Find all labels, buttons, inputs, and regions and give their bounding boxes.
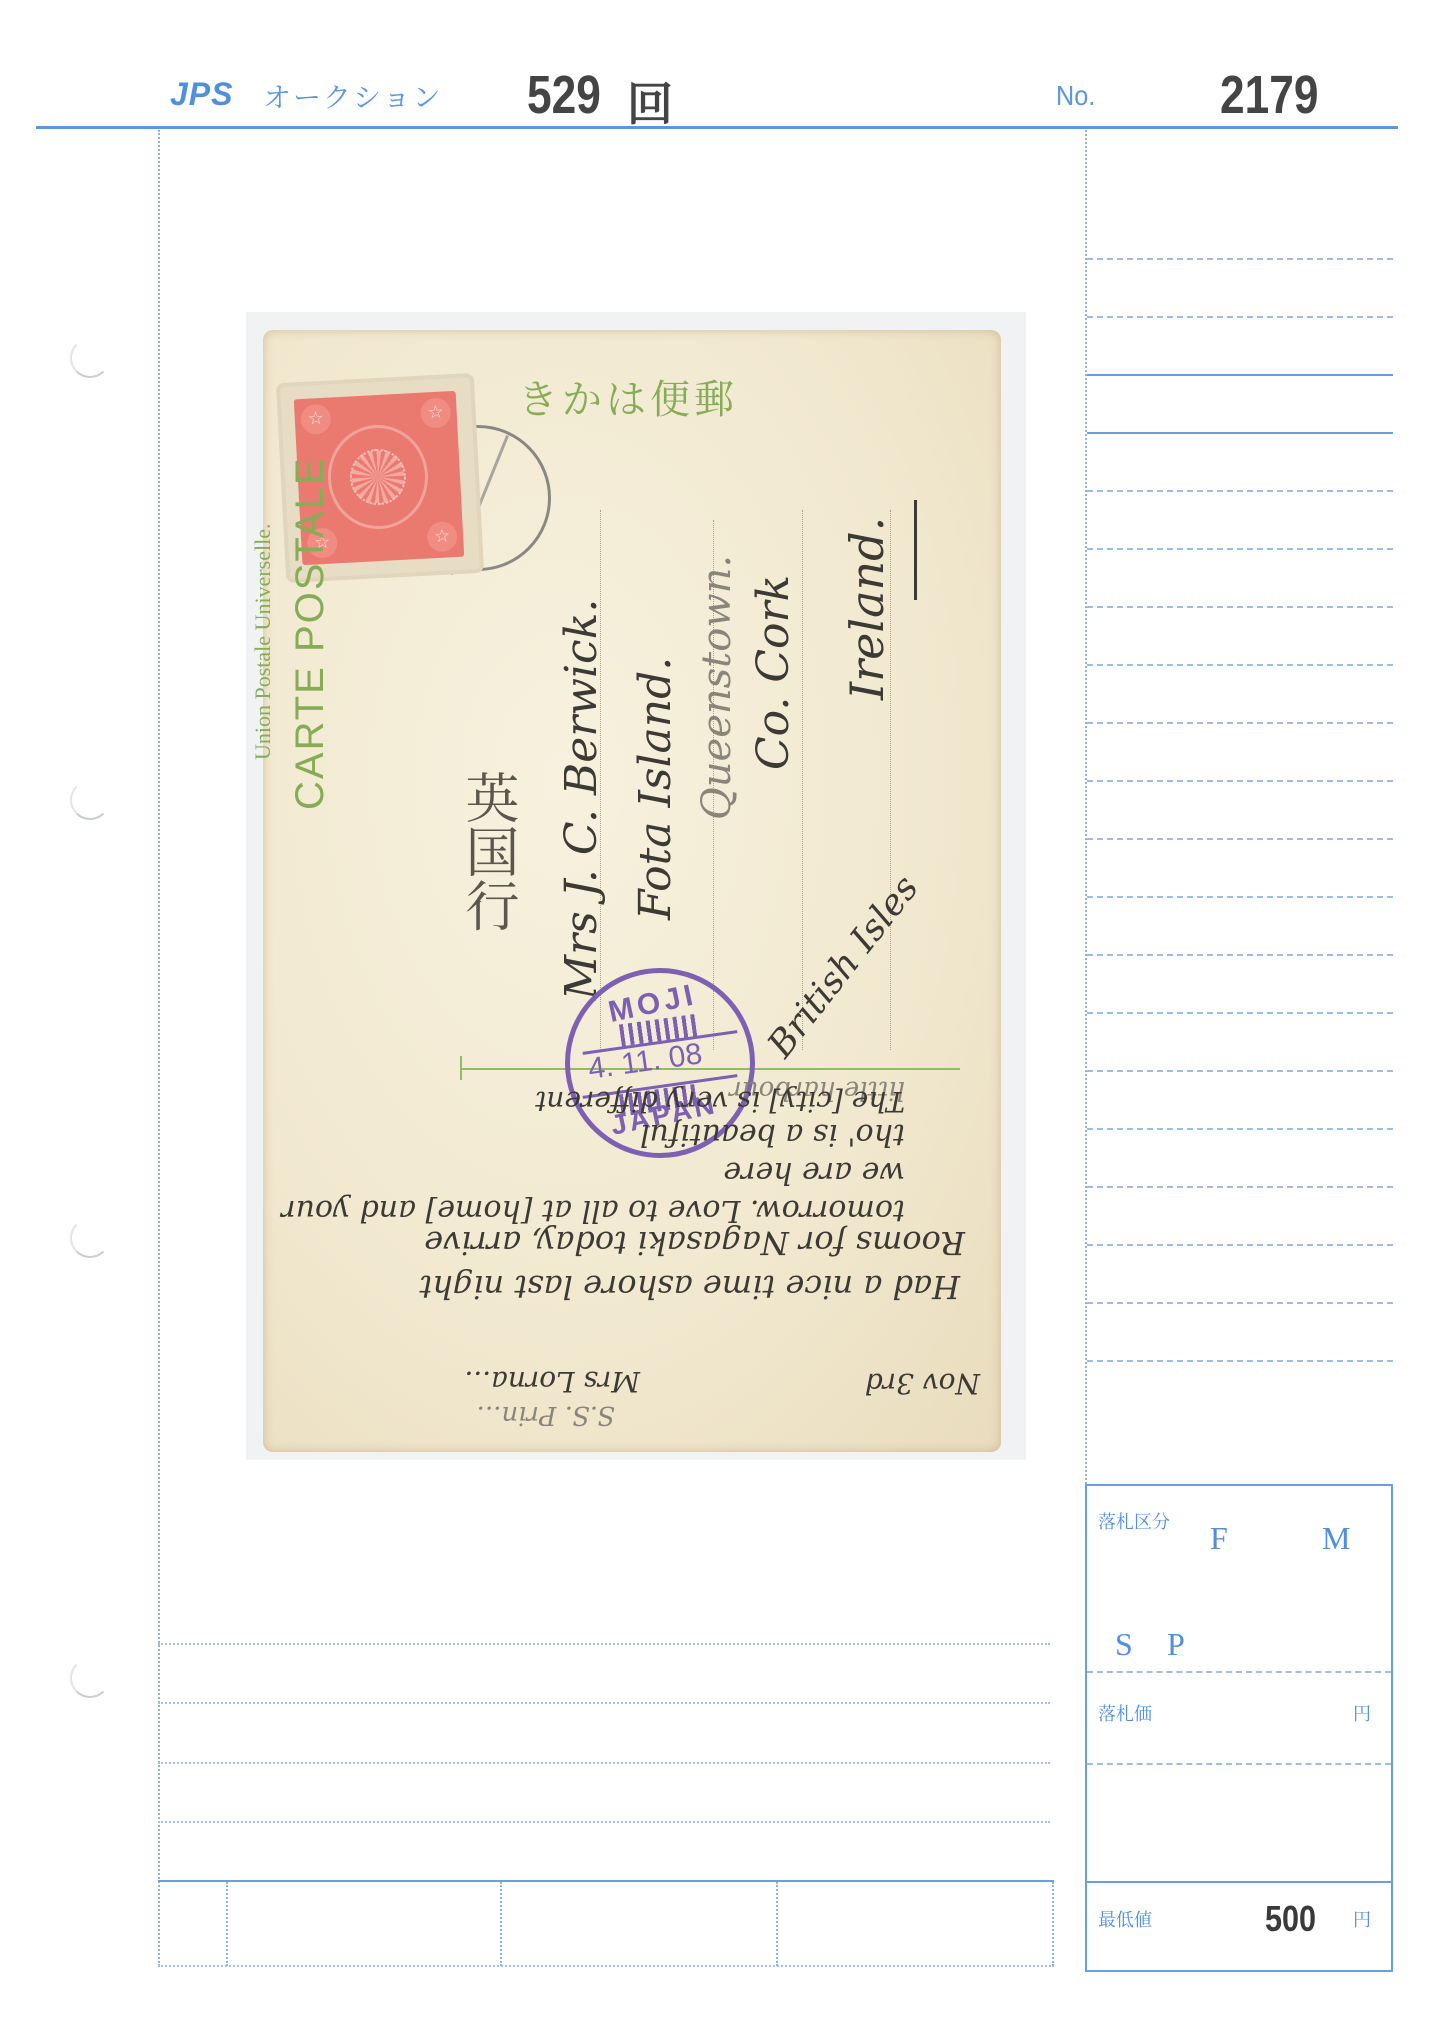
table-col-divider <box>500 1882 502 1966</box>
min-price-value: 500 <box>1265 1898 1316 1940</box>
brand-logo: JPS <box>170 76 233 113</box>
grade-s[interactable]: S <box>1115 1626 1133 1663</box>
ruled-line <box>1087 490 1393 492</box>
ruled-line <box>1087 1302 1393 1304</box>
japanese-handwriting: 英国行 <box>450 770 527 932</box>
message-divider-tick <box>460 1056 462 1080</box>
stamp-corner-ornament: ☆ <box>300 403 332 435</box>
address-line-3: Queenstown. <box>694 555 740 820</box>
right-column-guide <box>1085 130 1087 1484</box>
message-line: tomorrow. Love to all at [home] and your <box>281 1193 905 1228</box>
ruled-line <box>1087 258 1393 260</box>
address-underline <box>914 500 917 600</box>
ruled-line <box>1087 1070 1393 1072</box>
stamp-corner-ornament: ☆ <box>420 397 452 429</box>
message-line: S.S. Prin... <box>477 1400 615 1430</box>
message-line: The [city] is very different <box>535 1085 905 1118</box>
bottom-rule <box>158 1762 1050 1764</box>
message-line: Mrs Lorna... <box>464 1365 640 1398</box>
header-rule <box>36 126 1398 129</box>
ruled-line <box>1087 896 1393 898</box>
address-line-5: Ireland. <box>840 517 894 700</box>
auction-label: オークション <box>263 76 442 116</box>
union-postale-text: Union Postale Universelle. <box>250 524 276 760</box>
message-line: Had a nice time ashore last night <box>419 1268 960 1306</box>
ruled-line <box>1087 548 1393 550</box>
ruled-line <box>1087 1360 1393 1362</box>
punch-hole-mark <box>70 1658 110 1698</box>
ruled-line <box>1087 1128 1393 1130</box>
address-line-2: Fota Island. <box>630 657 681 920</box>
min-price-label: 最低値 <box>1098 1906 1152 1932</box>
punch-hole-mark <box>70 1218 110 1258</box>
postmark-date: 4. 11. 08 <box>586 1037 704 1087</box>
table-top-rule <box>158 1880 1054 1882</box>
ruled-line <box>1087 606 1393 608</box>
address-guide-line <box>802 510 803 1050</box>
address-line-1: Mrs J. C. Berwick. <box>556 599 607 1000</box>
lot-box-divider <box>1087 1763 1391 1765</box>
ruled-line <box>1087 780 1393 782</box>
ruled-line <box>1087 954 1393 956</box>
ruled-line <box>1087 1012 1393 1014</box>
price-unit: 円 <box>1353 1700 1371 1726</box>
grade-f[interactable]: F <box>1210 1520 1228 1557</box>
postcard-japanese-title: きかは便郵 <box>518 368 738 425</box>
bottom-rule <box>158 1643 1050 1645</box>
table-col-divider <box>776 1882 778 1966</box>
min-price-unit: 円 <box>1353 1906 1371 1932</box>
carte-postale-text: CARTE POSTALE <box>288 457 333 811</box>
grade-label: 落札区分 <box>1098 1508 1170 1534</box>
ruled-line <box>1087 1186 1393 1188</box>
lot-box-divider <box>1087 1671 1391 1673</box>
ruled-line <box>1087 374 1393 376</box>
session-unit: 回 <box>627 68 673 134</box>
ruled-line <box>1087 316 1393 318</box>
lot-info-box <box>1085 1484 1393 1972</box>
table-bottom-rule <box>158 1965 1054 1967</box>
ruled-line <box>1087 1244 1393 1246</box>
stamp-corner-ornament: ☆ <box>426 521 458 553</box>
grade-p[interactable]: P <box>1167 1626 1185 1663</box>
left-margin-guide <box>158 130 160 1966</box>
session-number: 529 <box>527 64 601 126</box>
punch-hole-mark <box>70 780 110 820</box>
punch-hole-mark <box>70 338 110 378</box>
lot-box-divider <box>1087 1881 1391 1883</box>
bottom-rule <box>158 1702 1050 1704</box>
message-line: tho' is a beautiful <box>640 1117 905 1152</box>
message-line: Nov 3rd <box>865 1367 980 1400</box>
table-col-divider <box>1052 1882 1054 1966</box>
ruled-line <box>1087 838 1393 840</box>
message-line: we are here <box>723 1155 905 1190</box>
message-line: Rooms for Nagasaki today, arrive <box>424 1224 965 1262</box>
bottom-rule <box>158 1821 1050 1823</box>
lot-number-value: 2179 <box>1220 64 1319 126</box>
price-label: 落札価 <box>1098 1700 1152 1726</box>
address-line-4: Co. Cork <box>748 575 799 770</box>
table-col-divider <box>226 1882 228 1966</box>
lot-number-label: No. <box>1056 80 1095 112</box>
grade-m[interactable]: M <box>1322 1520 1350 1557</box>
ruled-line <box>1087 432 1393 434</box>
ruled-line <box>1087 664 1393 666</box>
ruled-line <box>1087 722 1393 724</box>
